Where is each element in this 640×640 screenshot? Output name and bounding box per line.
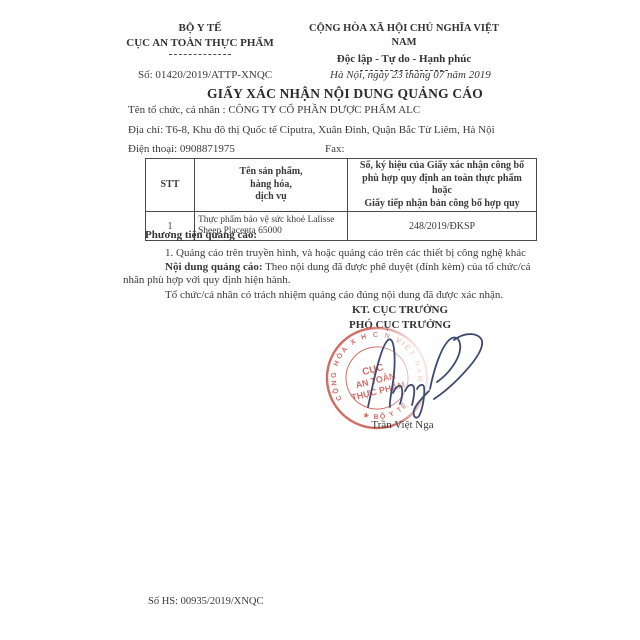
place-date-line: Hà Nội, ngày 23 tháng 07 năm 2019	[330, 69, 491, 81]
letterhead-left: BỘ Y TẾ CỤC AN TOÀN THỰC PHẨM	[108, 21, 292, 55]
signature-stroke-tail	[434, 334, 482, 399]
handwritten-signature	[350, 327, 495, 422]
signature-stroke-a	[368, 339, 395, 407]
organization-line: Tên tổ chức, cá nhân : CÔNG TY CỔ PHẦN D…	[128, 104, 528, 116]
signer-name: Trần Việt Nga	[330, 419, 475, 431]
col-header-cert: Số, ký hiệu của Giấy xác nhận công bố ph…	[348, 159, 537, 212]
department-name: CỤC AN TOÀN THỰC PHẨM	[108, 36, 292, 51]
signature-stroke-y	[414, 385, 429, 418]
letterhead-right: CỘNG HÒA XÃ HỘI CHỦ NGHĨA VIỆT NAM Độc l…	[298, 22, 510, 71]
phone-fax-line: Điện thoại: 0908871975 Fax:	[128, 143, 528, 155]
content-label: Nội dung quảng cáo:	[165, 261, 263, 273]
ministry-name: BỘ Y TẾ	[108, 21, 292, 36]
body-line-1: 1. Quảng cáo trên truyền hình, và hoặc q…	[123, 247, 565, 261]
address-line: Địa chỉ: T6-8, Khu đô thị Quốc tế Ciputr…	[128, 124, 528, 136]
signature-stroke-n1	[393, 386, 402, 404]
fax-label: Fax:	[325, 143, 345, 155]
page-title: GIẤY XÁC NHẬN NỘI DUNG QUẢNG CÁO	[125, 86, 565, 102]
body-line-3: nhân phù hợp với quy định hiện hành.	[123, 274, 523, 288]
signer-title-kt: KT. CỤC TRƯỞNG	[300, 303, 500, 318]
document-number: Số: 01420/2019/ATTP-XNQC	[138, 69, 272, 81]
divider-dashes-left	[169, 54, 231, 55]
national-title: CỘNG HÒA XÃ HỘI CHỦ NGHĨA VIỆT NAM	[298, 22, 510, 50]
document-page: BỘ Y TẾ CỤC AN TOÀN THỰC PHẨM Số: 01420/…	[0, 0, 640, 640]
national-motto: Độc lập - Tự do - Hạnh phúc	[298, 52, 510, 67]
phone-label: Điện thoại: 0908871975	[128, 143, 235, 155]
content-text: Theo nội dung đã được phê duyệt (đính kè…	[263, 261, 531, 273]
body-line-2: Nội dung quảng cáo: Theo nội dung đã đượ…	[123, 261, 565, 275]
media-section-label: Phương tiện quảng cáo:	[145, 229, 257, 241]
signature-stroke-n2	[405, 385, 414, 405]
cell-cert: 248/2019/ĐKSP	[348, 212, 537, 241]
body-line-4: Tổ chức/cá nhân có trách nhiệm quảng cáo…	[123, 289, 565, 303]
hs-number: Số HS: 00935/2019/XNQC	[148, 596, 264, 607]
col-header-stt: STT	[146, 159, 195, 212]
table-header-row: STT Tên sản phẩm, hàng hóa, dịch vụ Số, …	[146, 159, 537, 212]
col-header-product: Tên sản phẩm, hàng hóa, dịch vụ	[195, 159, 348, 212]
